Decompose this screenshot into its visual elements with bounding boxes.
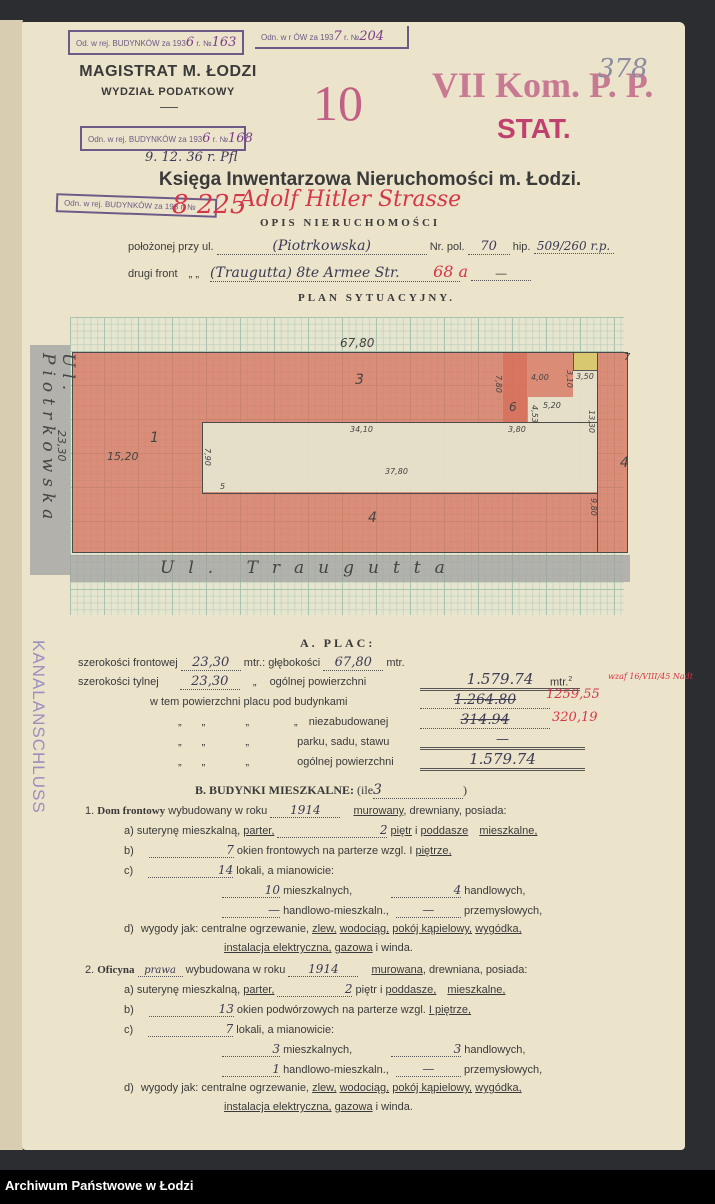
building-divider xyxy=(597,352,598,553)
under-buildings-corrected: 1259,55 xyxy=(546,687,600,702)
second-front-red-number: 68 a xyxy=(433,262,468,281)
dim-label: 7,80 xyxy=(494,375,503,393)
second-front-value: (Traugutta) 8te Armee Str. xyxy=(210,265,460,282)
under-buildings-label: w tem powierzchni placu pod budynkami xyxy=(150,696,348,708)
build-year: 1914 xyxy=(270,803,340,818)
depth-value: 67,80 xyxy=(323,655,383,671)
authority-name: MAGISTRAT M. ŁODZI xyxy=(78,63,258,81)
park-line: „„„ parku, sadu, stawu xyxy=(178,736,389,748)
building-1-units-1: 10 mieszkalnych, 4 handlowych, xyxy=(222,883,525,898)
building-1-header: 1. Dom frontowy wybudowany w roku 1914 m… xyxy=(85,803,507,818)
building-2-units-2: 1 handlowo-mieszkaln., — przemysłowych, xyxy=(222,1062,542,1077)
building-2-b: b) 13 okien podwórzowych na parterze wzg… xyxy=(124,1002,471,1017)
building-1-c: c) 14 lokali, a mianowicie: xyxy=(124,863,334,878)
building-1-d: d) wygody jak: centralne ogrzewanie, zle… xyxy=(124,923,522,935)
red-street-annotation: Adolf Hitler Strasse xyxy=(240,187,461,212)
street-line: położonej przy ul. (Piotrkowska) Nr. pol… xyxy=(128,238,614,255)
units-value: 14 xyxy=(148,863,233,878)
registry-stamp-1: Od. w rej. BUDYNKÓW za 1936 r. №163 xyxy=(68,30,244,55)
rear-width-line: szerokości tylnej 23,30 „ ogólnej powier… xyxy=(78,674,366,690)
second-front-line: drugi front „ „ (Traugutta) 8te Armee St… xyxy=(128,262,531,282)
page-number-pencil: 378 xyxy=(598,54,648,84)
building-number: 3 xyxy=(355,372,364,388)
stat-stamp: STAT. xyxy=(497,113,571,145)
building-number: 4 xyxy=(620,455,629,471)
windows-value: 7 xyxy=(149,843,234,858)
undeveloped-corrected: 320,19 xyxy=(552,710,598,725)
building-number: 6 xyxy=(509,400,517,414)
side-red-note: wzaf 16/VIII/45 Nadt xyxy=(608,672,688,681)
section-b-title: B. BUDYNKI MIESZKALNE: (ile3) xyxy=(195,782,467,799)
sewer-connection-stamp: KANALANSCHLUSS xyxy=(28,640,48,814)
section-a-title: A. PLAC: xyxy=(300,636,375,651)
street-traugutta: Ul. Traugutta xyxy=(70,555,630,582)
courtyard-outline xyxy=(202,422,598,494)
dim-label: 9,80 xyxy=(589,498,598,516)
dim-label: 34,10 xyxy=(350,425,373,434)
units-value: 7 xyxy=(148,1022,233,1037)
plot-depth-label: 23,30 xyxy=(55,430,68,462)
volume-number: 10 xyxy=(313,74,363,132)
under-buildings-value: 1.264.80 xyxy=(420,692,550,709)
dim-label: 13,30 xyxy=(587,410,596,433)
dim-label: 3,80 xyxy=(508,425,526,434)
dim-label: 37,80 xyxy=(385,467,408,476)
build-year: 1914 xyxy=(288,962,358,977)
total-line: „„„ ogólnej powierzchni xyxy=(178,756,394,768)
building-2-a: a) suterynę mieszkalną, parter, 2 piętr … xyxy=(124,982,505,997)
building-1-d2: instalacja elektryczna, gazowa i winda. xyxy=(224,942,413,954)
dim-label: 5 xyxy=(220,482,225,491)
archive-name: Archiwum Państwowe w Łodzi xyxy=(5,1178,194,1193)
registry-stamp-3: Odn. w rej. BUDYNKÓW za 1936 r. №168 xyxy=(80,126,246,151)
dim-label: 5,20 xyxy=(543,401,561,410)
property-description-heading: OPIS NIERUCHOMOŚCI xyxy=(260,217,440,229)
building-number: 1 xyxy=(150,430,159,446)
building-2-c: c) 7 lokali, a mianowicie: xyxy=(124,1022,334,1037)
building-2-d: d) wygody jak: centralne ogrzewanie, zle… xyxy=(124,1082,522,1094)
building-1-a: a) suterynę mieszkalną, parter, 2 piętr … xyxy=(124,823,537,838)
floors-value: 2 xyxy=(277,823,387,838)
annex-side: prawa xyxy=(138,965,183,977)
department-name: WYDZIAŁ PODATKOWY xyxy=(78,86,258,98)
building-number: 4 xyxy=(368,510,377,526)
dim-label: 3,50 xyxy=(576,372,594,381)
dim-label: 15,20 xyxy=(107,450,139,463)
total-value: 1.579.74 xyxy=(420,750,585,771)
building-number: 7 xyxy=(624,352,630,363)
street-value: (Piotrkowska) xyxy=(217,238,427,255)
undeveloped-value: 314.94 xyxy=(420,712,550,729)
building-1-b: b) 7 okien frontowych na parterze wzgl. … xyxy=(124,843,452,858)
windows-value: 13 xyxy=(149,1002,234,1017)
dim-label: 4,00 xyxy=(531,373,549,382)
front-width-line: szerokości frontowej 23,30 mtr.: głęboko… xyxy=(78,655,405,671)
plot-width-label: 67,80 xyxy=(340,336,374,350)
dim-label: 4,53 xyxy=(530,405,539,423)
building-2-header: 2. Oficyna prawa wybudowana w roku 1914 … xyxy=(85,962,527,977)
registry-stamp-2: Odn. w r ÓW za 1937 r. №204 xyxy=(255,26,409,49)
building-2-units-1: 3 mieszkalnych, 3 handlowych, xyxy=(222,1042,525,1057)
building-2-d2: instalacja elektryczna, gazowa i winda. xyxy=(224,1101,413,1113)
dim-label: 7,90 xyxy=(203,448,212,466)
archive-footer: Archiwum Państwowe w Łodzi xyxy=(0,1170,715,1204)
date-note: 9. 12. 36 r. Pfl xyxy=(145,150,238,165)
nr-pol-value: 70 xyxy=(468,239,510,255)
front-width-value: 23,30 xyxy=(181,655,241,671)
park-value: — xyxy=(420,732,585,750)
stamp-number-handwritten: 8 225 xyxy=(172,190,246,220)
dim-label: 3,10 xyxy=(565,370,574,388)
undeveloped-line: „„„„ niezabudowanej xyxy=(178,716,388,728)
building-count: 3 xyxy=(373,782,463,799)
hip-value: 509/260 r.p. xyxy=(534,239,614,254)
site-plan-heading: PLAN SYTUACYJNY. xyxy=(298,292,455,304)
header-divider xyxy=(160,107,178,108)
book-spine xyxy=(0,20,23,1150)
rear-width-value: 23,30 xyxy=(180,674,240,690)
building-1-units-2: — handlowo-mieszkaln., — przemysłowych, xyxy=(222,903,542,918)
floors-value: 2 xyxy=(277,982,352,997)
